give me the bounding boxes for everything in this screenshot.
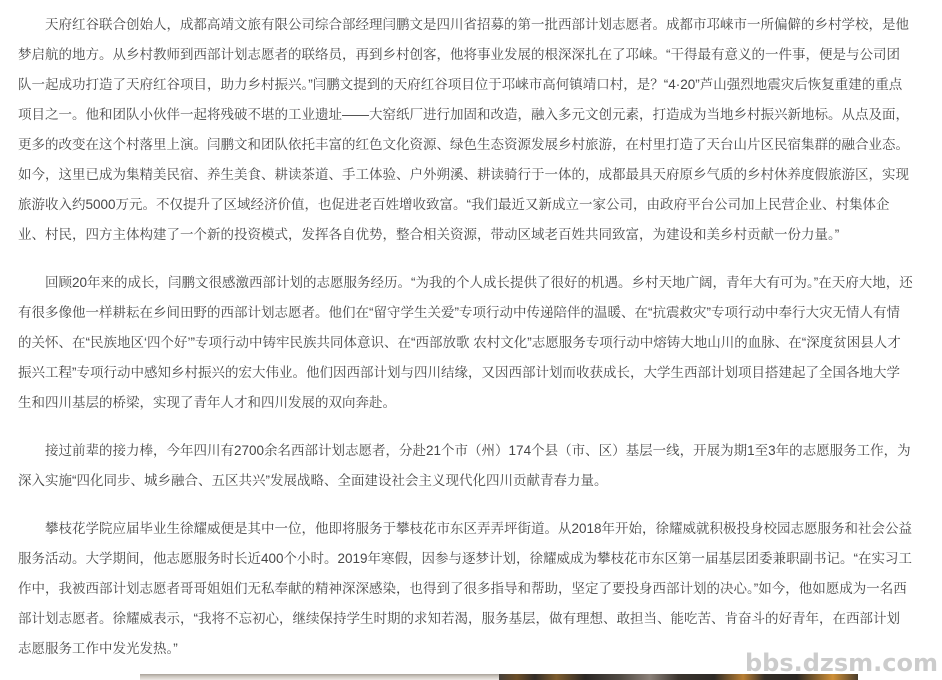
watermark: bbs.dzsm.com <box>745 649 938 677</box>
article-page: 天府红谷联合创始人，成都高靖文旅有限公司综合部经理闫鹏文是四川省招募的第一批西部… <box>0 0 942 680</box>
article-body: 天府红谷联合创始人，成都高靖文旅有限公司综合部经理闫鹏文是四川省招募的第一批西部… <box>18 0 913 680</box>
article-paragraph: 攀枝花学院应届毕业生徐耀威便是其中一位，他即将服务于攀枝花市东区弄弄坪街道。从2… <box>18 514 913 664</box>
article-paragraph: 天府红谷联合创始人，成都高靖文旅有限公司综合部经理闫鹏文是四川省招募的第一批西部… <box>18 10 913 250</box>
article-paragraph: 接过前辈的接力棒，今年四川有2700余名西部计划志愿者，分赴21个市（州）174… <box>18 436 913 496</box>
embedded-photo-top-edge <box>140 674 858 680</box>
embedded-photo-top-edge-dark-segment <box>499 674 858 680</box>
article-paragraph: 回顾20年来的成长，闫鹏文很感激西部计划的志愿服务经历。“为我的个人成长提供了很… <box>18 268 913 418</box>
embedded-photo-top-edge-light-segment <box>140 674 499 680</box>
